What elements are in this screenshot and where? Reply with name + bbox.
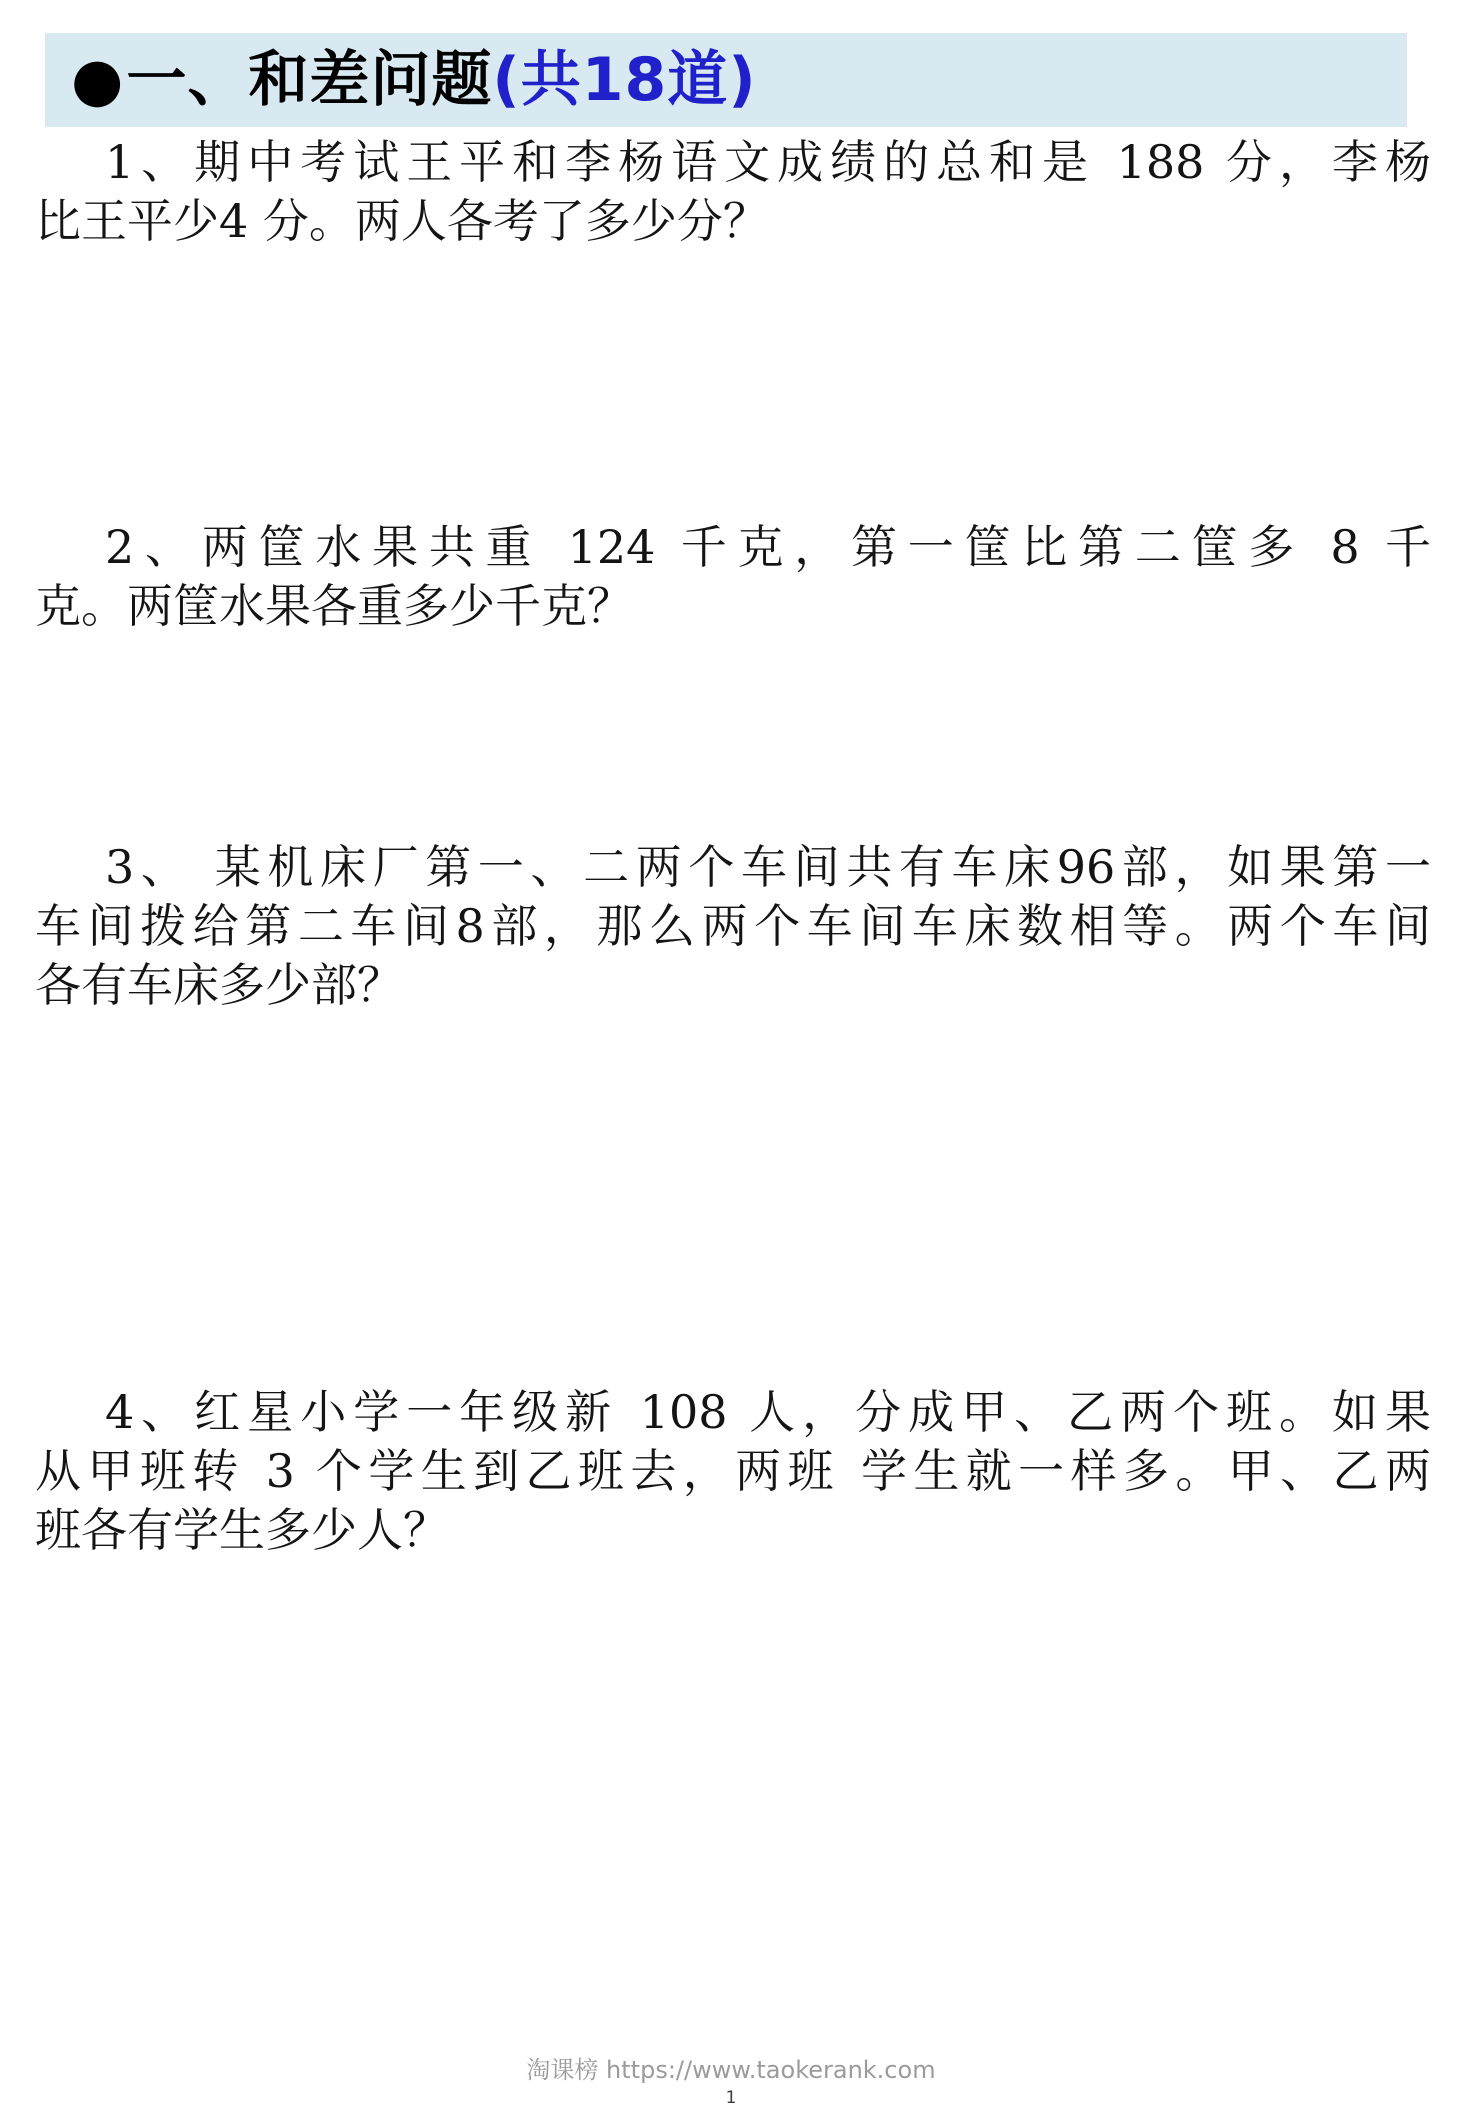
problem-2-line-1: 2、两筐水果共重 124 千克，第一筐比第二筐多 8 千 (35, 518, 1431, 577)
problem-3-line-2: 车间拨给第二车间8部，那么两个车间车床数相等。两个车间 (35, 897, 1431, 956)
problem-4: 4、红星小学一年级新 108 人，分成甲、乙两个班。如果 从甲班转 3 个学生到… (35, 1383, 1431, 1560)
problem-1-line-1: 1、期中考试王平和李杨语文成绩的总和是 188 分，李杨 (35, 133, 1431, 192)
bullet-icon: ● (71, 33, 124, 127)
section-title: 一、和差问题 (126, 33, 492, 127)
problem-2-line-2: 克。两筐水果各重多少千克？ (35, 577, 1431, 636)
problem-4-line-3: 班各有学生多少人？ (35, 1501, 1431, 1560)
section-question-count: (共18道) (492, 33, 756, 127)
problem-3: 3、 某机床厂第一、二两个车间共有车床96部，如果第一 车间拨给第二车间8部，那… (35, 838, 1431, 1015)
problem-4-line-1: 4、红星小学一年级新 108 人，分成甲、乙两个班。如果 (35, 1383, 1431, 1442)
page-number: 1 (0, 2088, 1462, 2108)
problem-3-line-1: 3、 某机床厂第一、二两个车间共有车床96部，如果第一 (35, 838, 1431, 897)
worksheet-page: ● 一、和差问题 (共18道) 1、期中考试王平和李杨语文成绩的总和是 188 … (0, 0, 1462, 2112)
problem-4-line-2: 从甲班转 3 个学生到乙班去，两班 学生就一样多。甲、乙两 (35, 1442, 1431, 1501)
footer-site-url: 淘课榜 https://www.taokerank.com (0, 2050, 1462, 2085)
problem-1-line-2: 比王平少4 分。两人各考了多少分？ (35, 192, 1431, 251)
problem-1: 1、期中考试王平和李杨语文成绩的总和是 188 分，李杨 比王平少4 分。两人各… (35, 133, 1431, 251)
problem-3-line-3: 各有车床多少部？ (35, 956, 1431, 1015)
section-header-band: ● 一、和差问题 (共18道) (45, 33, 1407, 127)
problem-2: 2、两筐水果共重 124 千克，第一筐比第二筐多 8 千 克。两筐水果各重多少千… (35, 518, 1431, 636)
